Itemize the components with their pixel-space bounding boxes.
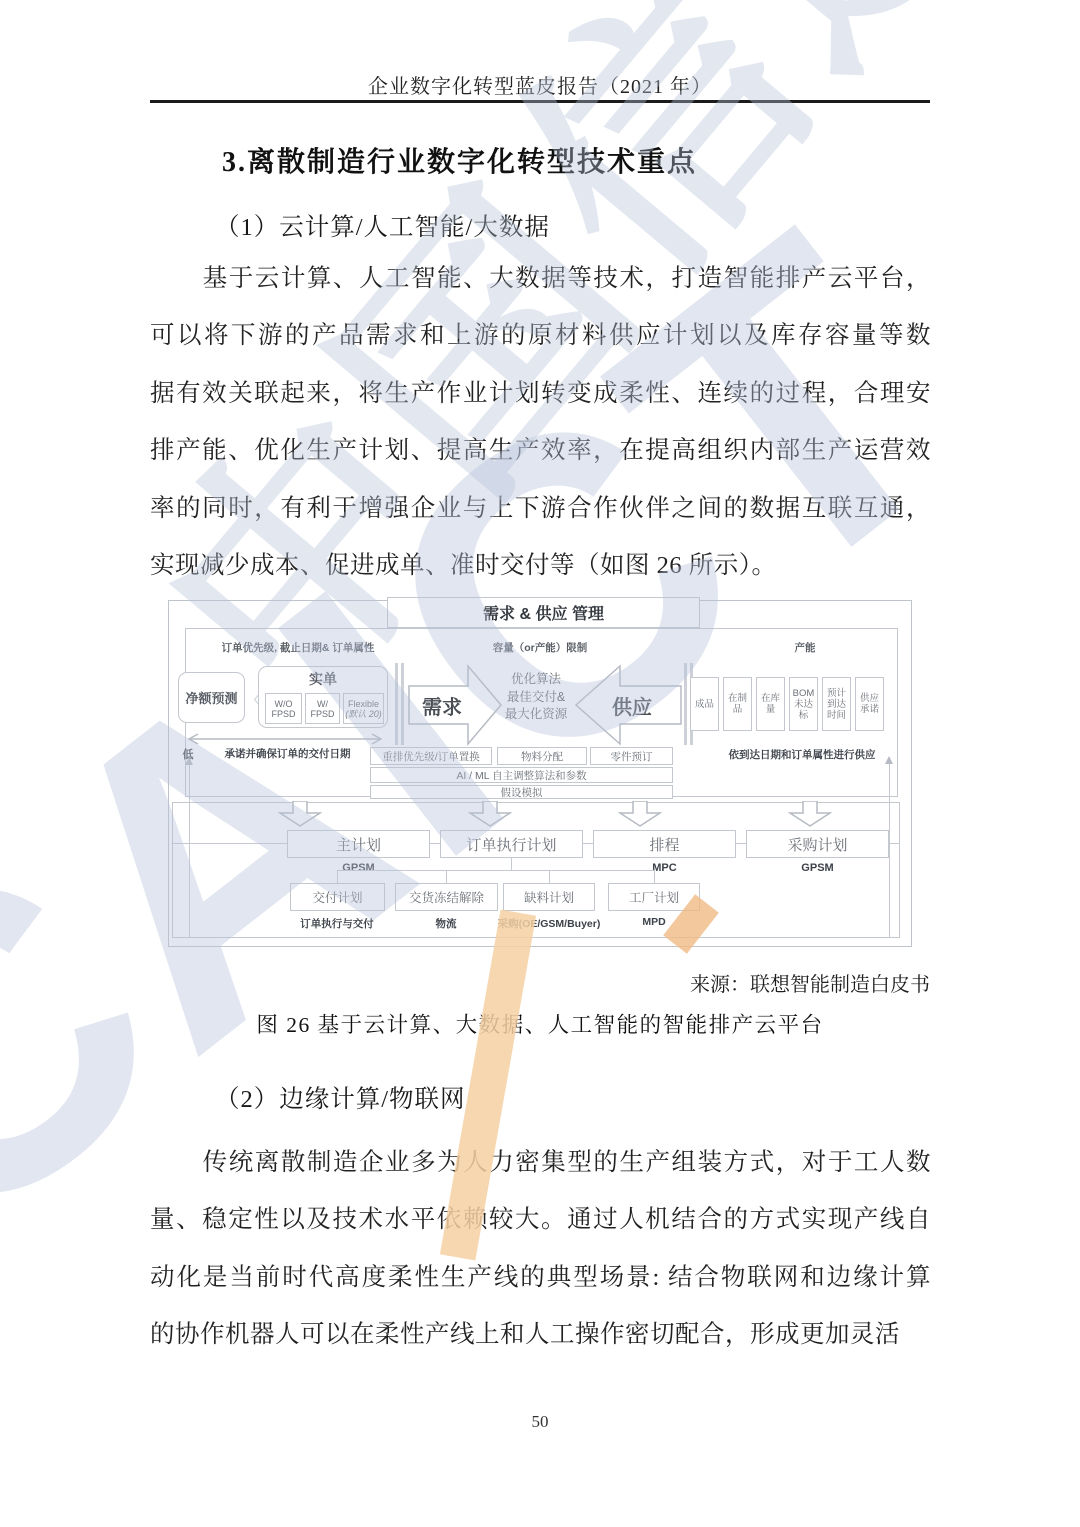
paragraph-line: 的协作机器人可以在柔性产线上和人工操作密切配合，形成更加灵活 <box>150 1306 931 1363</box>
paragraph-line: 基于云计算、人工智能、大数据等技术，打造智能排产云平台， <box>150 250 931 307</box>
tree-line <box>337 870 655 871</box>
capacity-label: 产能 <box>725 640 885 655</box>
paragraph-line: 据有效关联起来，将生产作业计划转变成柔性、连续的过程，合理安 <box>150 365 931 422</box>
header-rule <box>150 100 930 103</box>
feedback-line <box>889 764 890 938</box>
material-allocation-box: 物料分配 <box>497 747 587 765</box>
factory-plan-box: 工厂计划 <box>608 883 700 911</box>
mpd-tag: MPD <box>614 916 694 928</box>
finished-goods-box: 成品 <box>690 677 719 731</box>
document-page: 企业数字化转型蓝皮报告（2021 年） 3.离散制造行业数字化转型技术重点 （1… <box>0 0 1080 1527</box>
bom-box: BOM未达标 <box>789 677 818 731</box>
procurement-tag: 采购(OE/GSM/Buyer) <box>459 916 639 931</box>
ai-ml-box: AI / ML 自主调整算法和参数 <box>370 767 673 783</box>
delivery-plan-tag: 订单执行与交付 <box>267 916 407 931</box>
tree-line <box>549 870 550 883</box>
flexible-label: Flexible <box>348 699 379 709</box>
tree-line <box>654 870 655 883</box>
delivery-plan-box: 交付计划 <box>290 883 385 911</box>
paragraph-line: 率的同时，有利于增强企业与上下游合作伙伴之间的数据互联互通， <box>150 480 931 537</box>
supply-by-arrival-label: 依到达日期和订单属性进行供应 <box>712 747 892 762</box>
eta-box: 预计到达时间 <box>822 677 851 731</box>
optimization-core-text: 优化算法 最佳交付& 最大化资源 <box>496 671 576 724</box>
scheduling-tag: MPC <box>593 862 736 874</box>
flexible-default-note: (默认 20) <box>345 709 382 719</box>
order-priority-label: 订单优先级, 截止日期& 订单属性 <box>198 640 398 655</box>
procurement-plan-box: 采购计划 <box>746 830 889 858</box>
constraint-bar-icon <box>395 663 398 745</box>
order-execution-plan-box: 订单执行计划 <box>440 830 583 858</box>
paragraph-line: 实现减少成本、促进成单、准时交付等（如图 26 所示）。 <box>150 537 931 594</box>
master-plan-box: 主计划 <box>287 830 430 858</box>
w-fpsd-box: W/ FPSD <box>305 693 340 724</box>
what-if-box: 假设模拟 <box>370 785 673 799</box>
actual-order-title: 实单 <box>258 669 388 689</box>
paragraph-line: 可以将下游的产品需求和上游的原材料供应计划以及库存容量等数 <box>150 307 931 364</box>
report-header-title: 企业数字化转型蓝皮报告（2021 年） <box>150 70 930 99</box>
subsection-1-heading: （1）云计算/人工智能/大数据 <box>215 208 550 243</box>
feedback-line <box>189 765 190 938</box>
chevron-connector-icon: 〈 <box>245 686 259 711</box>
feedback-up-arrow-icon <box>185 757 193 765</box>
down-arrow-icon <box>468 801 512 827</box>
paragraph-2: 传统离散制造企业多为人力密集型的生产组装方式，对于工人数 量、稳定性以及技术水平… <box>150 1134 931 1364</box>
figure-title-box: 需求 & 供应 管理 <box>387 597 700 628</box>
master-plan-tag: GPSM <box>287 862 430 874</box>
down-arrow-icon <box>278 801 322 827</box>
flexible-box: Flexible (默认 20) <box>343 693 384 724</box>
reprioritize-box: 重排优先级/订单置换 <box>370 747 492 765</box>
paragraph-line: 排产能、优化生产计划、提高生产效率，在提高组织内部生产运营效 <box>150 422 931 479</box>
procurement-plan-tag: GPSM <box>746 862 889 874</box>
delivery-unfreeze-box: 交货冻结解除 <box>395 883 498 911</box>
paragraph-1: 基于云计算、人工智能、大数据等技术，打造智能排产云平台， 可以将下游的产品需求和… <box>150 250 931 594</box>
tree-line <box>337 870 338 883</box>
core-line: 最大化资源 <box>496 706 576 724</box>
figure-source: 来源：联想智能制造白皮书 <box>150 968 930 997</box>
figure-caption: 图 26 基于云计算、大数据、人工智能的智能排产云平台 <box>150 1008 930 1039</box>
constraint-bar-icon <box>684 663 687 745</box>
shortage-plan-box: 缺料计划 <box>503 883 595 911</box>
part-reservation-box: 零件预订 <box>590 747 673 765</box>
constraint-bar-icon <box>401 663 404 745</box>
demand-label: 需求 <box>412 691 472 720</box>
down-arrow-icon <box>788 801 832 827</box>
supply-commit-box: 供应承诺 <box>855 677 884 731</box>
paragraph-line: 量、稳定性以及技术水平依赖较大。通过人机结合的方式实现产线自 <box>150 1191 931 1248</box>
capacity-limit-label: 容量（or产能）限制 <box>460 640 620 655</box>
inventory-box: 在库量 <box>756 677 785 731</box>
slider-center-label: 承诺并确保订单的交付日期 <box>205 746 370 761</box>
section-heading: 3.离散制造行业数字化转型技术重点 <box>222 140 697 180</box>
tree-line <box>446 870 447 883</box>
wip-box: 在制品 <box>723 677 752 731</box>
paragraph-line: 传统离散制造企业多为人力密集型的生产组装方式，对于工人数 <box>150 1134 931 1191</box>
net-forecast-box: 净额预测 <box>178 672 245 723</box>
core-line: 优化算法 <box>496 671 576 689</box>
scheduling-box: 排程 <box>593 830 736 858</box>
wo-fpsd-box: W/O FPSD <box>265 693 302 724</box>
supply-label: 供应 <box>602 691 662 720</box>
subsection-2-heading: （2）边缘计算/物联网 <box>215 1080 466 1115</box>
slider-range-icon <box>183 733 387 745</box>
page-number: 50 <box>0 1412 1080 1432</box>
feedback-up-arrow-icon <box>885 756 893 764</box>
paragraph-line: 动化是当前时代高度柔性生产线的典型场景: 结合物联网和边缘计算 <box>150 1249 931 1306</box>
core-line: 最佳交付& <box>496 689 576 707</box>
down-arrow-icon <box>618 801 662 827</box>
